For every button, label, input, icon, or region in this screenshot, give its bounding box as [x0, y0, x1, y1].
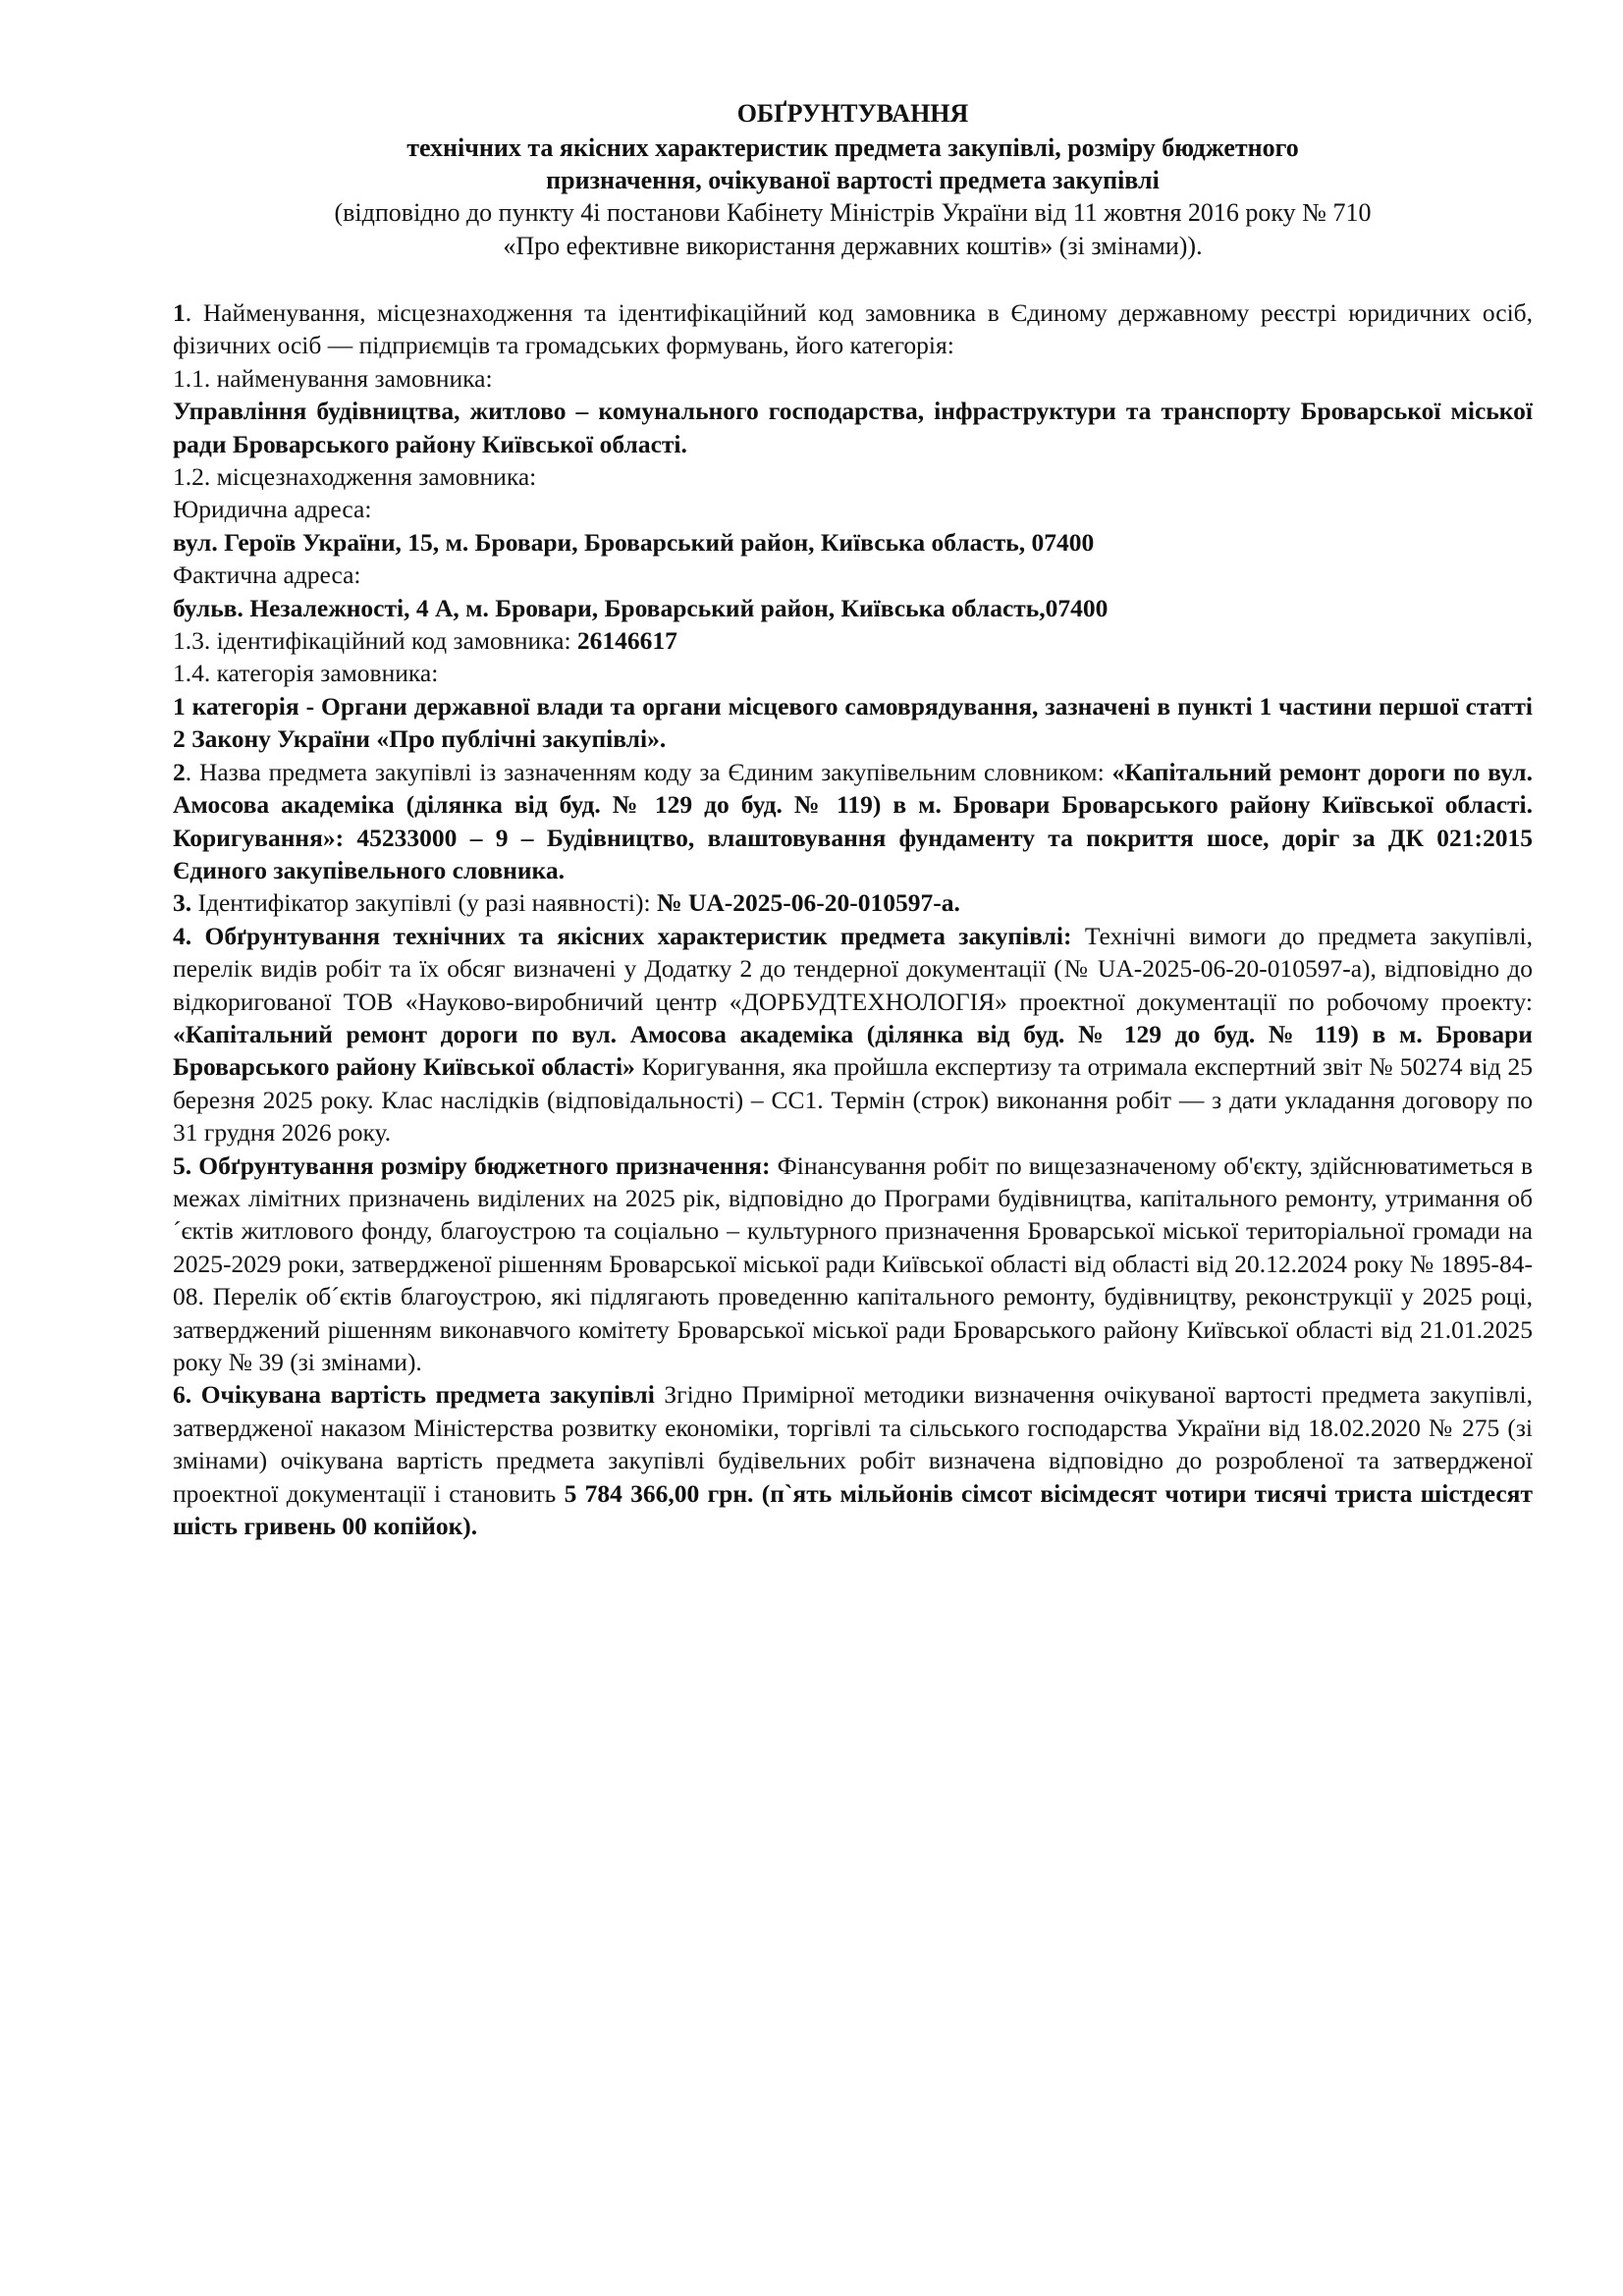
section-2-intro: . Назва предмета закупівлі із зазначення… — [186, 758, 1112, 786]
legal-basis-line1: (відповідно до пункту 4і постанови Кабін… — [173, 196, 1533, 230]
actual-address: бульв. Незалежності, 4 А, м. Бровари, Бр… — [173, 592, 1533, 624]
section-1-1-label: 1.1. найменування замовника: — [173, 362, 1533, 395]
document-subtitle-line1: технічних та якісних характеристик предм… — [173, 132, 1533, 164]
section-4-heading: 4. Обґрунтування технічних та якісних ха… — [173, 922, 1071, 950]
section-1-intro: 1. Найменування, місцезнаходження та іде… — [173, 296, 1533, 362]
actual-address-label: Фактична адреса: — [173, 559, 1533, 591]
procurement-identifier: № UA-2025-06-20-010597-a. — [657, 888, 960, 917]
section-5-heading: 5. Обґрунтування розміру бюджетного приз… — [173, 1151, 770, 1180]
section-1-2-label: 1.2. місцезнаходження замовника: — [173, 460, 1533, 493]
section-3-number: 3. — [173, 888, 191, 917]
section-2-number: 2 — [173, 758, 186, 786]
spacer — [173, 263, 1533, 296]
section-1-intro-text: . Найменування, місцезнаходження та іден… — [173, 298, 1533, 359]
section-6: 6. Очікувана вартість предмета закупівлі… — [173, 1378, 1533, 1542]
legal-address-label: Юридична адреса: — [173, 493, 1533, 525]
customer-name: Управління будівництва, житлово – комуна… — [173, 395, 1533, 460]
legal-basis-line2: «Про ефективне використання державних ко… — [173, 230, 1533, 263]
section-5-text: Фінансування робіт по вищезазначеному об… — [173, 1151, 1533, 1376]
document-page: ОБҐРУНТУВАННЯ технічних та якісних харак… — [173, 96, 1533, 1542]
section-3-label: Ідентифікатор закупівлі (у разі наявност… — [191, 888, 657, 917]
section-1-4-label: 1.4. категорія замовника: — [173, 657, 1533, 689]
section-2: 2. Назва предмета закупівлі із зазначенн… — [173, 756, 1533, 887]
legal-address: вул. Героїв України, 15, м. Бровари, Бро… — [173, 526, 1533, 559]
section-6-heading: 6. Очікувана вартість предмета закупівлі — [173, 1380, 655, 1409]
document-title: ОБҐРУНТУВАННЯ — [173, 96, 1533, 132]
section-5: 5. Обґрунтування розміру бюджетного приз… — [173, 1149, 1533, 1379]
section-1-number: 1 — [173, 298, 186, 327]
customer-category: 1 категорія - Органи державної влади та … — [173, 690, 1533, 756]
customer-code: 26146617 — [577, 626, 677, 655]
document-subtitle-line2: призначення, очікуваної вартості предмет… — [173, 164, 1533, 196]
section-1-3-label: 1.3. ідентифікаційний код замовника: — [173, 626, 577, 655]
section-4: 4. Обґрунтування технічних та якісних ха… — [173, 920, 1533, 1149]
section-3: 3. Ідентифікатор закупівлі (у разі наявн… — [173, 886, 1533, 919]
section-1-3: 1.3. ідентифікаційний код замовника: 261… — [173, 624, 1533, 657]
